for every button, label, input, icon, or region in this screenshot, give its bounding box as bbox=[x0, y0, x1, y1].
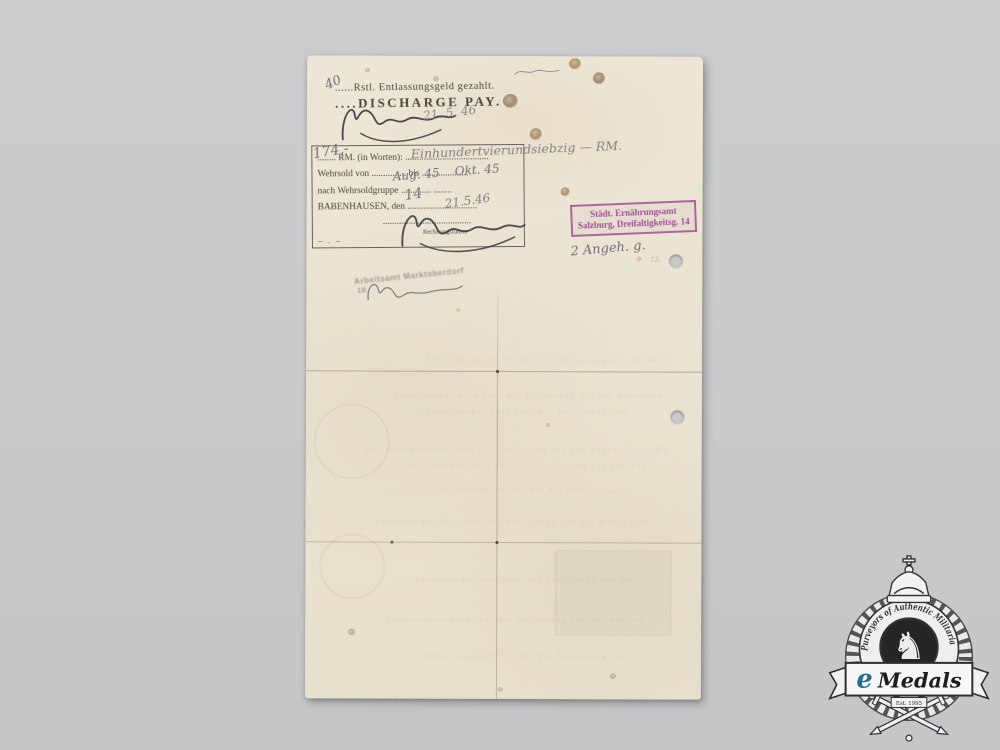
lion-emblem-icon: ♞ bbox=[892, 624, 926, 668]
bleed-through-text: Entlassungsschein über die Entlassung au… bbox=[426, 356, 666, 365]
speck bbox=[390, 541, 393, 544]
crown-icon bbox=[887, 556, 931, 603]
bleed-through-text: Entlassungsschein über die Entlassung au… bbox=[426, 408, 626, 417]
pencil-signature bbox=[362, 278, 467, 308]
product-photo: Entlassungsschein über die Entlassung au… bbox=[0, 0, 1000, 750]
stain bbox=[546, 423, 550, 427]
seal-impression-ghost bbox=[319, 533, 385, 599]
stain bbox=[569, 58, 581, 69]
bleed-through-text: Entlassungsschein über die Entlassung au… bbox=[436, 486, 616, 495]
established-text: Est. 1995 bbox=[896, 701, 923, 707]
food-office-stamp: Städt. Ernährungsamt Salzburg, Dreifalti… bbox=[570, 200, 697, 237]
stain bbox=[498, 687, 503, 692]
bottom-ornament bbox=[906, 735, 912, 741]
stain bbox=[610, 673, 616, 679]
pay-box-mark: – . – bbox=[318, 236, 342, 245]
emedals-watermark-logo: Purveyors of Authentic Militaria ♞ bbox=[821, 552, 993, 750]
bleed-through-text: Entlassungsschein über die Entlassung au… bbox=[425, 652, 625, 661]
stain bbox=[593, 72, 605, 84]
bleed-through-box bbox=[555, 550, 671, 635]
fold-line-horizontal-upper bbox=[306, 370, 702, 372]
pencil-pay-group: 14 bbox=[404, 185, 424, 204]
stain bbox=[636, 256, 641, 261]
document-paper: Entlassungsschein über die Entlassung au… bbox=[305, 55, 703, 699]
pencil-dependents-note: 2 Angeh. g. bbox=[570, 238, 646, 259]
brand-banner: e Medals Est. 1995 bbox=[830, 663, 988, 708]
stain bbox=[348, 628, 355, 635]
stain bbox=[561, 187, 570, 196]
seal-impression-ghost bbox=[314, 403, 390, 479]
punch-hole bbox=[671, 411, 684, 424]
stain bbox=[456, 308, 460, 312]
pencil-service-to: Okt. 45 bbox=[454, 161, 500, 178]
stain bbox=[503, 94, 518, 108]
pencil-small-number: 12. bbox=[650, 256, 660, 264]
bleed-through-text: Entlassungsschein über die Entlassung au… bbox=[406, 462, 646, 471]
fold-intersection-mark bbox=[495, 541, 498, 544]
bleed-through-text: Entlassungsschein über die Entlassung au… bbox=[375, 518, 665, 527]
brand-name: e Medals bbox=[856, 665, 961, 695]
stain bbox=[530, 128, 542, 140]
ink-signature bbox=[394, 206, 529, 260]
pencil-scribble bbox=[513, 66, 563, 78]
bleed-through-text: Entlassungsschein über die Entlassung au… bbox=[395, 696, 635, 705]
stain bbox=[365, 68, 370, 73]
punch-hole bbox=[669, 255, 682, 268]
bleed-through-text: Entlassungsschein über die Entlassung au… bbox=[366, 446, 666, 455]
fold-intersection-mark bbox=[496, 370, 499, 373]
fold-line-vertical bbox=[496, 294, 498, 699]
stamp-line-german: ......Rstl. Entlassungsgeld gezahlt. bbox=[335, 81, 502, 94]
bleed-through-text: Entlassungsschein über die Entlassung au… bbox=[394, 392, 674, 401]
